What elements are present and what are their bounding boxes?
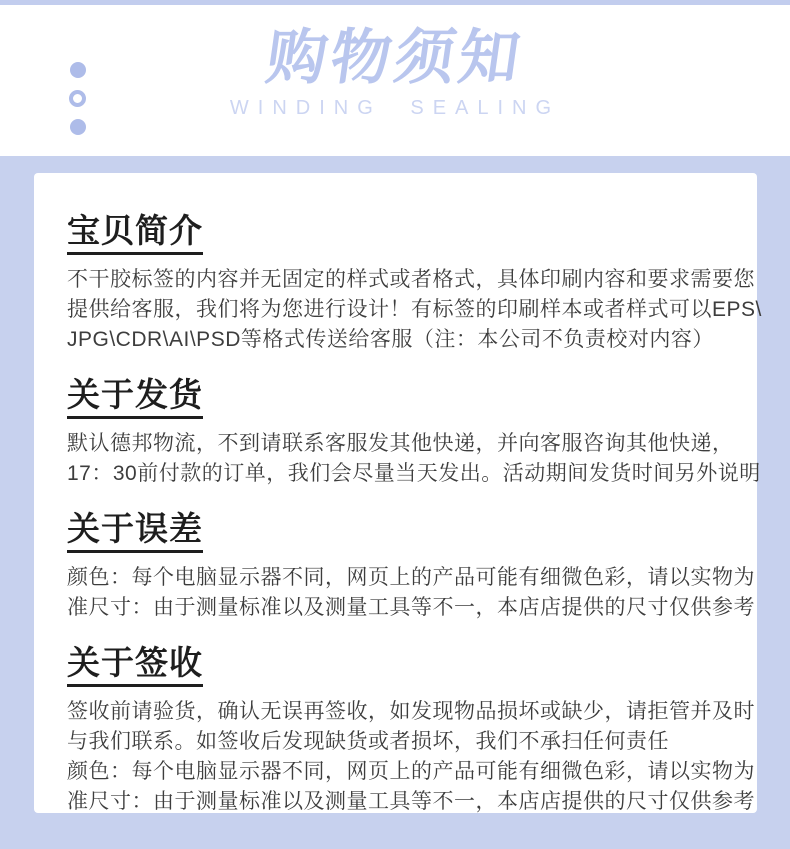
body-line: 签收前请验货，确认无误再签收，如发现物品损坏或缺少，请拒管并及时 bbox=[67, 697, 737, 727]
section-body: 签收前请验货，确认无误再签收，如发现物品损坏或缺少，请拒管并及时 与我们联系。如… bbox=[67, 697, 737, 817]
dots-decoration bbox=[69, 62, 86, 135]
header-banner: 购物须知 WINDING SEALING bbox=[0, 5, 790, 156]
section-heading: 关于误差 bbox=[67, 511, 203, 553]
page-title: 购物须知 bbox=[263, 26, 528, 90]
section-body: 颜色：每个电脑显示器不同，网页上的产品可能有细微色彩，请以实物为 准尺寸：由于测… bbox=[67, 563, 737, 623]
page: 购物须知 WINDING SEALING 宝贝简介 不干胶标签的内容并无固定的样… bbox=[0, 0, 790, 849]
section-heading: 关于发货 bbox=[67, 377, 203, 419]
ring-dot-icon bbox=[69, 90, 86, 107]
section-body: 不干胶标签的内容并无固定的样式或者格式，具体印刷内容和要求需要您 提供给客服，我… bbox=[67, 265, 737, 355]
body-line: JPG\CDR\AI\PSD等格式传送给客服（注：本公司不负责校对内容） bbox=[67, 325, 737, 355]
section-receipt: 关于签收 签收前请验货，确认无误再签收，如发现物品损坏或缺少，请拒管并及时 与我… bbox=[67, 645, 737, 817]
body-line: 不干胶标签的内容并无固定的样式或者格式，具体印刷内容和要求需要您 bbox=[67, 265, 737, 295]
body-line: 17：30前付款的订单，我们会尽量当天发出。活动期间发货时间另外说明 bbox=[67, 459, 737, 489]
section-shipping: 关于发货 默认德邦物流，不到请联系客服发其他快递，并向客服咨询其他快递， 17：… bbox=[67, 377, 737, 489]
body-line: 准尺寸：由于测量标准以及测量工具等不一，本店店提供的尺寸仅供参考 bbox=[67, 593, 737, 623]
body-line: 与我们联系。如签收后发现缺货或者损坏，我们不承扫任何责任 bbox=[67, 727, 737, 757]
body-line: 默认德邦物流，不到请联系客服发其他快递，并向客服咨询其他快递， bbox=[67, 429, 737, 459]
section-product-intro: 宝贝简介 不干胶标签的内容并无固定的样式或者格式，具体印刷内容和要求需要您 提供… bbox=[67, 213, 737, 355]
page-subtitle: WINDING SEALING bbox=[0, 97, 790, 119]
notice-card: 宝贝简介 不干胶标签的内容并无固定的样式或者格式，具体印刷内容和要求需要您 提供… bbox=[34, 173, 757, 813]
section-body: 默认德邦物流，不到请联系客服发其他快递，并向客服咨询其他快递， 17：30前付款… bbox=[67, 429, 737, 489]
filled-dot-icon bbox=[70, 62, 86, 78]
body-line: 提供给客服，我们将为您进行设计！有标签的印刷样本或者样式可以EPS\ bbox=[67, 295, 737, 325]
body-line: 颜色：每个电脑显示器不同，网页上的产品可能有细微色彩，请以实物为 bbox=[67, 563, 737, 593]
section-tolerance: 关于误差 颜色：每个电脑显示器不同，网页上的产品可能有细微色彩，请以实物为 准尺… bbox=[67, 511, 737, 623]
section-heading: 关于签收 bbox=[67, 645, 203, 687]
filled-dot-icon bbox=[70, 119, 86, 135]
section-heading: 宝贝简介 bbox=[67, 213, 203, 255]
body-line: 颜色：每个电脑显示器不同，网页上的产品可能有细微色彩，请以实物为 bbox=[67, 757, 737, 787]
body-line: 准尺寸：由于测量标准以及测量工具等不一，本店店提供的尺寸仅供参考 bbox=[67, 787, 737, 817]
